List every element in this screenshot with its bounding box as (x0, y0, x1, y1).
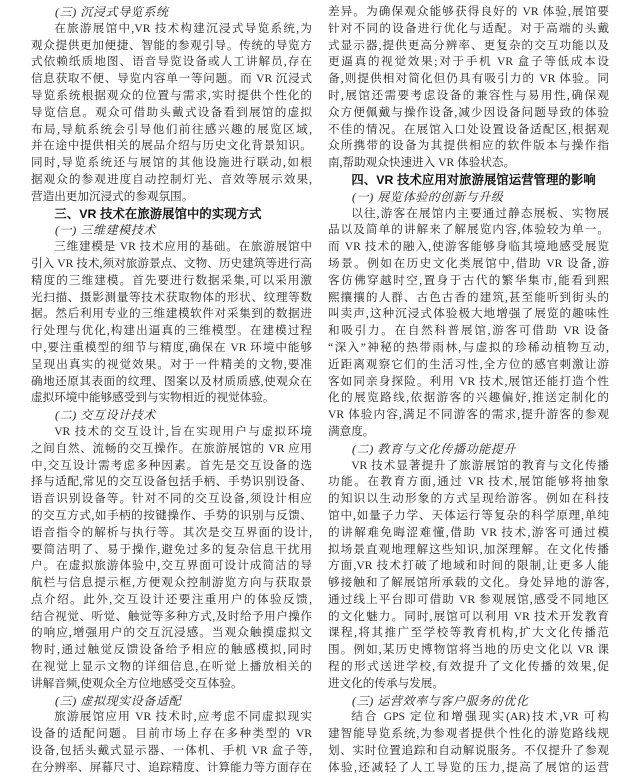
text-line: 语音指令的解析与执行等。其次是交互界面的设计, (31, 525, 312, 542)
text-line: 引入 VR 技术,须对旅游景点、文物、历史建筑等进行高 (31, 256, 312, 273)
text-line: 据观众的参观进度自动控制灯光、音效等展示效果, (31, 172, 312, 189)
text-line: 中,要注重模型的细节与精度,确保在 VR 环境中能够 (31, 340, 312, 357)
text-line: VR 体验内容,满足不同游客的需求,提升游客的参观 (328, 407, 609, 424)
text-line: 精度的三维建模。首先要进行数据采集,可以采用激 (31, 273, 312, 290)
text-line: 进文化的传承与发展。 (328, 676, 609, 693)
text-line: 方面,VR 技术打破了地域和时间的限制,让更多人能 (328, 558, 609, 575)
paragraph: VR 技术显著提升了旅游展馆的教育与文化传播功能。在教育方面,通过 VR 技术,… (328, 458, 609, 693)
text-line: 语音识别设备等。针对不同的交互设备,须设计相应 (31, 491, 312, 508)
paragraph: 以往,游客在展馆内主要通过静态展板、实物展品以及简单的讲解来了解展览内容,体验较… (328, 206, 609, 441)
text-line: 布局,导航系统会引导他们前往感兴趣的展览区域, (31, 122, 312, 139)
text-line: 而 VR 技术的融入,使游客能够身临其境地感受展览 (328, 239, 609, 256)
text-line: 中,交互设计需考虑多种因素。首先是交互设备的选 (31, 458, 312, 475)
text-line: 场景。例如在历史文化类展馆中,借助 VR 设备,游 (328, 256, 609, 273)
text-line: 导览系统根据观众的位置与需求,实时提供个性化的 (31, 88, 312, 105)
text-line: 三维建模是 VR 技术应用的基础。在旅游展馆中 (31, 239, 312, 256)
text-line: 式显示器,提供更高分辨率、更复杂的交互功能以及 (328, 38, 609, 55)
paragraph: 结合 GPS 定位和增强现实(AR)技术,VR 可构建智能导览系统,为参观者提供… (328, 709, 609, 776)
text-line: 户。在虚拟旅游体验中,交互界面可设计成简洁的导 (31, 558, 312, 575)
subsection-heading: (一) 展览体验的创新与升级 (328, 189, 609, 206)
text-line: 的知识以生动形象的方式呈现给游客。例如在科技 (328, 491, 609, 508)
text-line: 设备,包括头戴式显示器、一体机、手机 VR 盒子等, (31, 743, 312, 760)
subsection-heading: (一) 三维建模技术 (31, 222, 312, 239)
text-column-left: (三) 沉浸式导览系统在旅游展馆中,VR 技术构建沉浸式导览系统,为观众提供更加… (31, 4, 312, 777)
text-line: VR 技术显著提升了旅游展馆的教育与文化传播 (328, 458, 609, 475)
subsection-heading: (三) 沉浸式导览系统 (31, 4, 312, 21)
text-line: 要简洁明了、易于操作,避免过多的复杂信息干扰用 (31, 542, 312, 559)
text-line: 并在途中提供相关的展品介绍与历史文化背景知识。 (31, 138, 312, 155)
text-line: 通过线上平台即可借助 VR 参观展馆,感受不同地区 (328, 592, 609, 609)
text-line: 更逼真的视觉效果;对于手机 VR 盒子等低成本设 (328, 54, 609, 71)
text-line: 众方便佩戴与操作设备,减少因设备问题导致的体验 (328, 105, 609, 122)
text-line: 够接触和了解展馆所承载的文化。身处异地的游客, (328, 575, 609, 592)
text-line: 建智能导览系统,为参观者提供个性化的游览路线规 (328, 726, 609, 743)
text-line: 观众提供更加便捷、智能的参观引导。传统的导览方 (31, 38, 312, 55)
text-line: 程的形式送进学校,有效提升了文化传播的效果,促 (328, 659, 609, 676)
text-line: 导览信息。观众可借助头戴式设备看到展馆的虚拟 (31, 105, 312, 122)
text-line: 备,则提供相对简化但仍具有吸引力的 VR 体验。同 (328, 71, 609, 88)
text-line: 叫卖声,这种沉浸式体验极大地增强了展览的趣味性 (328, 306, 609, 323)
text-line: 同时,导览系统还与展馆的其他设施进行联动,如根 (31, 155, 312, 172)
text-line: 体验,还减轻了人工导览的压力,提高了展馆的运营 (328, 760, 609, 777)
document-page: (三) 沉浸式导览系统在旅游展馆中,VR 技术构建沉浸式导览系统,为观众提供更加… (0, 0, 640, 777)
text-line: 化的展览路线,依据游客的兴趣偏好,推送定制化的 (328, 390, 609, 407)
text-line: 众所携带的设备为其提供相应的软件版本与操作指 (328, 138, 609, 155)
text-line: 南,帮助观众快速进入 VR 体验状态。 (328, 155, 609, 172)
subsection-heading: (二) 教育与文化传播功能提升 (328, 441, 609, 458)
paragraph: 在旅游展馆中,VR 技术构建沉浸式导览系统,为观众提供更加便捷、智能的参观引导。… (31, 21, 312, 206)
text-line: 之间自然、流畅的交互操作。在旅游展馆的 VR 应用 (31, 441, 312, 458)
text-line: 馆中,如量子力学、天体运行等复杂的科学原理,单纯 (328, 508, 609, 525)
text-line: 讲解音频,使观众全方位地感受交互体验。 (31, 676, 312, 693)
text-line: 据。然后利用专业的三维建模软件对采集到的数据进 (31, 306, 312, 323)
text-line: 和吸引力。在自然科普展馆,游客可借助 VR 设备 (328, 323, 609, 340)
text-line: 在旅游展馆中,VR 技术构建沉浸式导览系统,为 (31, 21, 312, 38)
text-line: 设备的适配问题。目前市场上存在多种类型的 VR (31, 726, 312, 743)
subsection-heading: (二) 交互设计技术 (31, 407, 312, 424)
text-line: 的文化魅力。同时,展馆可以利用 VR 技术开发教育 (328, 609, 609, 626)
text-line: 结合视觉、听觉、触觉等多种方式,及时给予用户操作 (31, 609, 312, 626)
text-line: 旅游展馆应用 VR 技术时,应考虑不同虚拟现实 (31, 709, 312, 726)
text-line: 时,展馆还需要考虑设备的兼容性与易用性,确保观 (328, 88, 609, 105)
text-line: 功能。在教育方面,通过 VR 技术,展馆能够将抽象 (328, 474, 609, 491)
text-line: 的响应,增强用户的交互沉浸感。当观众触摸虚拟文 (31, 625, 312, 642)
text-line: 划、实时位置追踪和自动解说服务。不仅提升了参观 (328, 743, 609, 760)
paragraph: 三维建模是 VR 技术应用的基础。在旅游展馆中引入 VR 技术,须对旅游景点、文… (31, 239, 312, 407)
text-line: 择与适配,常见的交互设备包括手柄、手势识别设备、 (31, 474, 312, 491)
section-heading: 四、VR 技术应用对旅游展馆运营管理的影响 (328, 172, 609, 189)
paragraph: VR 技术的交互设计,旨在实现用户与虚拟环境之间自然、流畅的交互操作。在旅游展馆… (31, 424, 312, 693)
text-line: 在分辨率、屏幕尺寸、追踪精度、计算能力等方面存在 (31, 760, 312, 777)
text-line: 针对不同的设备进行优化与适配。对于高端的头戴 (328, 21, 609, 38)
text-line: 的讲解难免晦涩难懂,借助 VR 技术,游客可通过模 (328, 525, 609, 542)
text-line: 虚拟环境中能够感受到与实物相近的视觉体验。 (31, 390, 312, 407)
text-line: 信息获取不便、导览内容单一等问题。而 VR 沉浸式 (31, 71, 312, 88)
text-line: 差异。为确保观众能够获得良好的 VR 体验,展馆要 (328, 4, 609, 21)
paragraph: 差异。为确保观众能够获得良好的 VR 体验,展馆要针对不同的设备进行优化与适配。… (328, 4, 609, 172)
text-line: 式依赖纸质地图、语音导览设备或人工讲解员,存在 (31, 54, 312, 71)
text-line: VR 技术的交互设计,旨在实现用户与虚拟环境 (31, 424, 312, 441)
text-line: 呈现出真实的视觉效果。对于一件精美的文物,要准 (31, 357, 312, 374)
subsection-heading: (三) 运营效率与客户服务的优化 (328, 693, 609, 710)
text-line: 行处理与优化,构建出逼真的三维模型。在建模过程 (31, 323, 312, 340)
text-line: 满意度。 (328, 424, 609, 441)
text-line: 以往,游客在展馆内主要通过静态展板、实物展 (328, 206, 609, 223)
text-line: 在视觉上显示文物的详细信息,在听觉上播放相关的 (31, 659, 312, 676)
text-line: 熙攘攘的人群、古色古香的建筑,甚至能听到街头的 (328, 290, 609, 307)
text-line: 营造出更加沉浸式的参观氛围。 (31, 189, 312, 206)
text-line: 课程,将其推广至学校等教育机构,扩大文化传播范 (328, 625, 609, 642)
text-line: 不佳的情况。在展馆入口处设置设备适配区,根据观 (328, 122, 609, 139)
text-line: 航栏与信息提示框,方便观众控制游览方向与获取景 (31, 575, 312, 592)
text-line: 品以及简单的讲解来了解展览内容,体验较为单一。 (328, 222, 609, 239)
section-heading: 三、VR 技术在旅游展馆中的实现方式 (31, 206, 312, 223)
text-line: 客如同亲身探险。利用 VR 技术,展馆还能打造个性 (328, 374, 609, 391)
text-column-right: 差异。为确保观众能够获得良好的 VR 体验,展馆要针对不同的设备进行优化与适配。… (328, 4, 609, 777)
text-line: “深入”神秘的热带雨林,与虚拟的珍稀动植物互动, (328, 340, 609, 357)
text-line: 客仿佛穿越时空,置身于古代的繁华集市,能看到熙 (328, 273, 609, 290)
text-line: 围。例如,某历史博物馆将当地的历史文化以 VR 课 (328, 642, 609, 659)
text-line: 拟场景直观地理解这些知识,加深理解。在文化传播 (328, 542, 609, 559)
text-line: 近距离观察它们的生活习性,全方位的感官刺激让游 (328, 357, 609, 374)
text-line: 结合 GPS 定位和增强现实(AR)技术,VR 可构 (328, 709, 609, 726)
text-line: 确地还原其表面的纹理、图案以及材质质感,使观众在 (31, 374, 312, 391)
text-line: 的交互方式,如手柄的按键操作、手势的识别与反馈、 (31, 508, 312, 525)
subsection-heading: (三) 虚拟现实设备适配 (31, 693, 312, 710)
paragraph: 旅游展馆应用 VR 技术时,应考虑不同虚拟现实设备的适配问题。目前市场上存在多种… (31, 709, 312, 776)
text-line: 物时,通过触觉反馈设备给予相应的触感模拟,同时 (31, 642, 312, 659)
text-line: 点介绍。此外,交互设计还要注重用户的体验反馈, (31, 592, 312, 609)
text-line: 光扫描、摄影测量等技术获取物体的形状、纹理等数 (31, 290, 312, 307)
